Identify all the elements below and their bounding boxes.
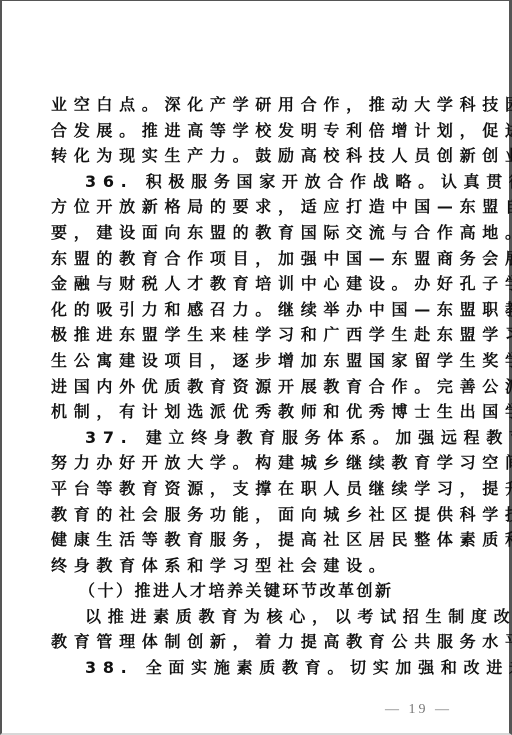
text-line: 进国内外优质教育资源开展教育合作。完善公派出国留学和培训 xyxy=(51,374,463,400)
text-line: 机制，有计划选派优秀教师和优秀博士生出国学习深造。 xyxy=(51,399,463,425)
text-line: 业空白点。深化产学研用合作，推动大学科技园区与产业园区融 xyxy=(51,92,463,118)
text-line: 金融与财税人才教育培训中心建设。办好孔子学院，提升中华文 xyxy=(51,271,463,297)
section-36-heading-line: 36. 积极服务国家开放合作战略。认真贯彻落实国家构建全 xyxy=(51,169,463,195)
section-37-heading-line: 37. 建立终身教育服务体系。加强远程教育服务体系建设， xyxy=(51,425,463,451)
text-line: 平台等教育资源，支撑在职人员继续学习，提升职业能力。拓展 xyxy=(51,476,463,502)
text-line: 健康生活等教育服务，提高社区居民整体素质和生活质量，促进 xyxy=(51,527,463,553)
subsection-10-heading: （十）推进人才培养关键环节改革创新 xyxy=(51,578,463,604)
text-line: 以推进素质教育为核心，以考试招生制度改革为重点，推进 xyxy=(51,604,463,630)
text-line: 生公寓建设项目，逐步增加东盟国家留学生奖学金名额。积极引 xyxy=(51,348,463,374)
document-page: 业空白点。深化产学研用合作，推动大学科技园区与产业园区融 合发展。推进高等学校发… xyxy=(51,92,463,681)
text-line: 教育管理体制创新，着力提高教育公共服务水平。 xyxy=(51,629,463,655)
text-line: 终身教育体系和学习型社会建设。 xyxy=(51,553,463,579)
text-line: 合发展。推进高等学校发明专利倍增计划，促进高等学校科技成果 xyxy=(51,118,463,144)
section-38-heading-line: 38. 全面实施素质教育。切实加强和改进未成年人思想道德 xyxy=(51,655,463,681)
text-line: 教育的社会服务功能，面向城乡社区提供科学技术、文化艺术、 xyxy=(51,502,463,528)
text-line: 东盟的教育合作项目，加强中国—东盟商务会展、艺术、汉语、 xyxy=(51,246,463,272)
text-line: 方位开放新格局的要求，适应打造中国—东盟自贸区升级版的需 xyxy=(51,194,463,220)
text-line: 极推进东盟学生来桂学习和广西学生赴东盟学习，启动外国留学 xyxy=(51,322,463,348)
page-number: — 19 — xyxy=(385,702,452,718)
text-line: 化的吸引力和感召力。继续举办中国—东盟职教联展暨论坛。积 xyxy=(51,297,463,323)
text-line: 努力办好开放大学。构建城乡继续教育学习空间，利用各级职教 xyxy=(51,450,463,476)
text-line: 要，建设面向东盟的教育国际交流与合作高地。积极承办国家与 xyxy=(51,220,463,246)
text-line: 转化为现实生产力。鼓励高校科技人员创新创业或以技术入股。 xyxy=(51,143,463,169)
